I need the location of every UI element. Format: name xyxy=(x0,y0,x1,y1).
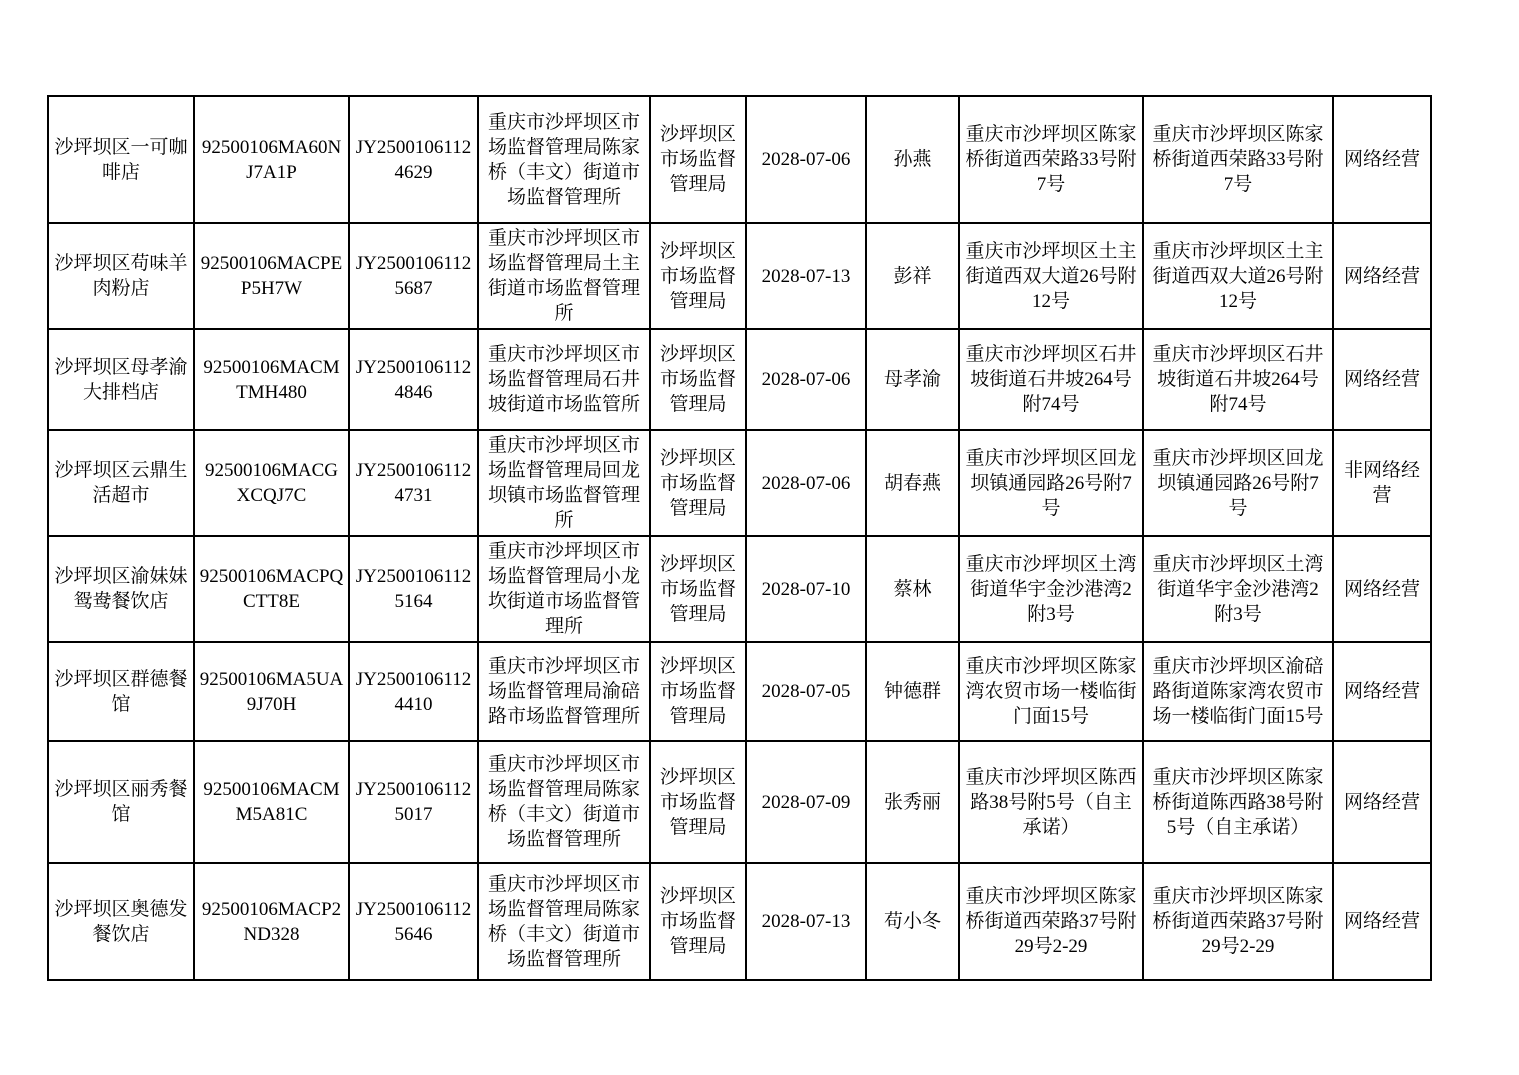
credit-code-cell: 92500106MA60NJ7A1P xyxy=(194,96,349,223)
operation-mode-cell: 网络经营 xyxy=(1333,96,1431,223)
date-cell: 2028-07-13 xyxy=(746,223,866,329)
table-row: 沙坪坝区苟味羊肉粉店 92500106MACPEP5H7W JY25001061… xyxy=(48,223,1431,329)
date-cell: 2028-07-10 xyxy=(746,536,866,642)
regulator-cell: 沙坪坝区市场监督管理局 xyxy=(650,536,746,642)
operator-name-cell: 张秀丽 xyxy=(866,741,959,863)
business-address-cell: 重庆市沙坪坝区土湾街道华宇金沙港湾2附3号 xyxy=(959,536,1143,642)
credit-code-cell: 92500106MACP2ND328 xyxy=(194,863,349,980)
operation-mode-cell: 网络经营 xyxy=(1333,223,1431,329)
license-number-cell: JY25001061124629 xyxy=(349,96,478,223)
operation-mode-cell: 网络经营 xyxy=(1333,863,1431,980)
date-cell: 2028-07-06 xyxy=(746,329,866,430)
operator-name-cell: 苟小冬 xyxy=(866,863,959,980)
regulator-cell: 沙坪坝区市场监督管理局 xyxy=(650,642,746,741)
issuing-office-cell: 重庆市沙坪坝区市场监督管理局陈家桥（丰文）街道市场监督管理所 xyxy=(478,96,650,223)
operator-name-cell: 孙燕 xyxy=(866,96,959,223)
license-number-cell: JY25001061124731 xyxy=(349,430,478,536)
operator-name-cell: 钟德群 xyxy=(866,642,959,741)
business-name-cell: 沙坪坝区奥德发餐饮店 xyxy=(48,863,194,980)
premises-address-cell: 重庆市沙坪坝区陈家桥街道西荣路33号附7号 xyxy=(1143,96,1333,223)
business-address-cell: 重庆市沙坪坝区陈家桥街道西荣路33号附7号 xyxy=(959,96,1143,223)
business-address-cell: 重庆市沙坪坝区石井坡街道石井坡264号附74号 xyxy=(959,329,1143,430)
issuing-office-cell: 重庆市沙坪坝区市场监督管理局土主街道市场监督管理所 xyxy=(478,223,650,329)
premises-address-cell: 重庆市沙坪坝区陈家桥街道陈西路38号附5号（自主承诺） xyxy=(1143,741,1333,863)
business-name-cell: 沙坪坝区群德餐馆 xyxy=(48,642,194,741)
date-cell: 2028-07-13 xyxy=(746,863,866,980)
issuing-office-cell: 重庆市沙坪坝区市场监督管理局渝碚路市场监督管理所 xyxy=(478,642,650,741)
premises-address-cell: 重庆市沙坪坝区土湾街道华宇金沙港湾2附3号 xyxy=(1143,536,1333,642)
business-address-cell: 重庆市沙坪坝区陈西路38号附5号（自主承诺） xyxy=(959,741,1143,863)
business-address-cell: 重庆市沙坪坝区陈家湾农贸市场一楼临街门面15号 xyxy=(959,642,1143,741)
operation-mode-cell: 非网络经营 xyxy=(1333,430,1431,536)
license-number-cell: JY25001061124846 xyxy=(349,329,478,430)
business-name-cell: 沙坪坝区母孝渝大排档店 xyxy=(48,329,194,430)
date-cell: 2028-07-05 xyxy=(746,642,866,741)
credit-code-cell: 92500106MACPEP5H7W xyxy=(194,223,349,329)
table-row: 沙坪坝区母孝渝大排档店 92500106MACMTMH480 JY2500106… xyxy=(48,329,1431,430)
regulator-cell: 沙坪坝区市场监督管理局 xyxy=(650,863,746,980)
regulator-cell: 沙坪坝区市场监督管理局 xyxy=(650,96,746,223)
business-address-cell: 重庆市沙坪坝区回龙坝镇通园路26号附7号 xyxy=(959,430,1143,536)
table-row: 沙坪坝区一可咖啡店 92500106MA60NJ7A1P JY250010611… xyxy=(48,96,1431,223)
credit-code-cell: 92500106MA5UA9J70H xyxy=(194,642,349,741)
issuing-office-cell: 重庆市沙坪坝区市场监督管理局回龙坝镇市场监督管理所 xyxy=(478,430,650,536)
records-table: 沙坪坝区一可咖啡店 92500106MA60NJ7A1P JY250010611… xyxy=(47,95,1432,981)
license-number-cell: JY25001061125687 xyxy=(349,223,478,329)
issuing-office-cell: 重庆市沙坪坝区市场监督管理局陈家桥（丰文）街道市场监督管理所 xyxy=(478,863,650,980)
date-cell: 2028-07-06 xyxy=(746,430,866,536)
table-row: 沙坪坝区群德餐馆 92500106MA5UA9J70H JY2500106112… xyxy=(48,642,1431,741)
credit-code-cell: 92500106MACPQCTT8E xyxy=(194,536,349,642)
table-row: 沙坪坝区奥德发餐饮店 92500106MACP2ND328 JY25001061… xyxy=(48,863,1431,980)
operation-mode-cell: 网络经营 xyxy=(1333,536,1431,642)
license-number-cell: JY25001061124410 xyxy=(349,642,478,741)
credit-code-cell: 92500106MACMM5A81C xyxy=(194,741,349,863)
business-name-cell: 沙坪坝区渝妹妹鸳鸯餐饮店 xyxy=(48,536,194,642)
business-name-cell: 沙坪坝区一可咖啡店 xyxy=(48,96,194,223)
operator-name-cell: 彭祥 xyxy=(866,223,959,329)
premises-address-cell: 重庆市沙坪坝区陈家桥街道西荣路37号附29号2-29 xyxy=(1143,863,1333,980)
operator-name-cell: 母孝渝 xyxy=(866,329,959,430)
issuing-office-cell: 重庆市沙坪坝区市场监督管理局小龙坎街道市场监督管理所 xyxy=(478,536,650,642)
operator-name-cell: 蔡林 xyxy=(866,536,959,642)
operation-mode-cell: 网络经营 xyxy=(1333,642,1431,741)
issuing-office-cell: 重庆市沙坪坝区市场监督管理局陈家桥（丰文）街道市场监督管理所 xyxy=(478,741,650,863)
operation-mode-cell: 网络经营 xyxy=(1333,329,1431,430)
regulator-cell: 沙坪坝区市场监督管理局 xyxy=(650,741,746,863)
license-number-cell: JY25001061125017 xyxy=(349,741,478,863)
business-address-cell: 重庆市沙坪坝区陈家桥街道西荣路37号附29号2-29 xyxy=(959,863,1143,980)
credit-code-cell: 92500106MACGXCQJ7C xyxy=(194,430,349,536)
table-row: 沙坪坝区渝妹妹鸳鸯餐饮店 92500106MACPQCTT8E JY250010… xyxy=(48,536,1431,642)
regulator-cell: 沙坪坝区市场监督管理局 xyxy=(650,430,746,536)
business-name-cell: 沙坪坝区丽秀餐馆 xyxy=(48,741,194,863)
records-table-body: 沙坪坝区一可咖啡店 92500106MA60NJ7A1P JY250010611… xyxy=(48,96,1431,980)
premises-address-cell: 重庆市沙坪坝区石井坡街道石井坡264号附74号 xyxy=(1143,329,1333,430)
regulator-cell: 沙坪坝区市场监督管理局 xyxy=(650,223,746,329)
license-number-cell: JY25001061125164 xyxy=(349,536,478,642)
table-row: 沙坪坝区丽秀餐馆 92500106MACMM5A81C JY2500106112… xyxy=(48,741,1431,863)
business-name-cell: 沙坪坝区云鼎生活超市 xyxy=(48,430,194,536)
business-name-cell: 沙坪坝区苟味羊肉粉店 xyxy=(48,223,194,329)
premises-address-cell: 重庆市沙坪坝区渝碚路街道陈家湾农贸市场一楼临街门面15号 xyxy=(1143,642,1333,741)
date-cell: 2028-07-09 xyxy=(746,741,866,863)
regulator-cell: 沙坪坝区市场监督管理局 xyxy=(650,329,746,430)
premises-address-cell: 重庆市沙坪坝区土主街道西双大道26号附12号 xyxy=(1143,223,1333,329)
business-address-cell: 重庆市沙坪坝区土主街道西双大道26号附12号 xyxy=(959,223,1143,329)
operator-name-cell: 胡春燕 xyxy=(866,430,959,536)
issuing-office-cell: 重庆市沙坪坝区市场监督管理局石井坡街道市场监管所 xyxy=(478,329,650,430)
credit-code-cell: 92500106MACMTMH480 xyxy=(194,329,349,430)
operation-mode-cell: 网络经营 xyxy=(1333,741,1431,863)
license-number-cell: JY25001061125646 xyxy=(349,863,478,980)
date-cell: 2028-07-06 xyxy=(746,96,866,223)
table-row: 沙坪坝区云鼎生活超市 92500106MACGXCQJ7C JY25001061… xyxy=(48,430,1431,536)
premises-address-cell: 重庆市沙坪坝区回龙坝镇通园路26号附7号 xyxy=(1143,430,1333,536)
